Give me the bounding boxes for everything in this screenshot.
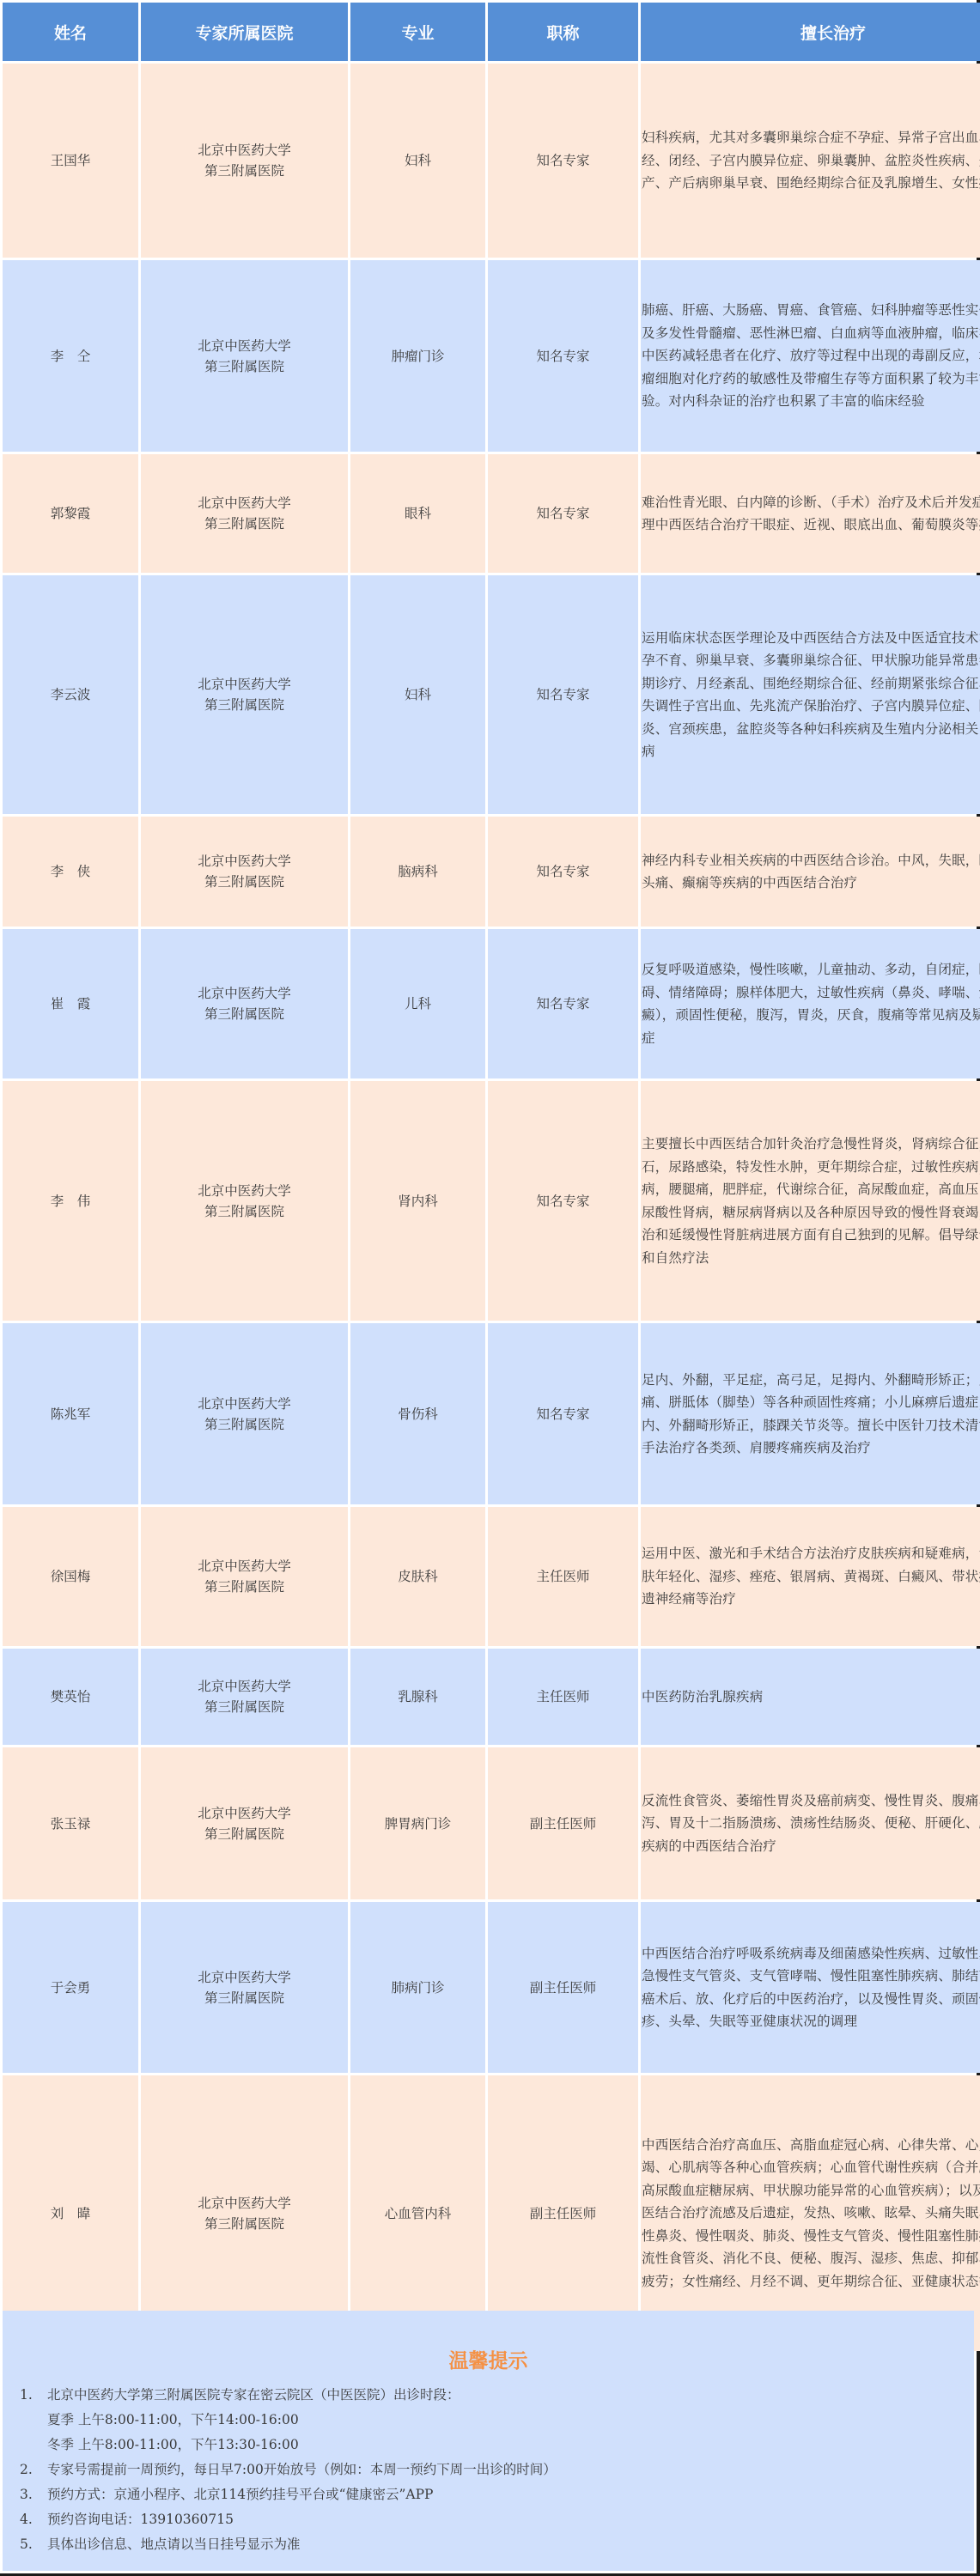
doctor-title: 知名专家 (488, 454, 638, 573)
tip-item: 4.预约咨询电话：13910360715 (18, 2507, 557, 2532)
column-header: 姓名 (3, 3, 138, 61)
hospital-name: 北京中医药大学 第三附属医院 (141, 64, 348, 258)
doctor-title: 知名专家 (488, 817, 638, 927)
hospital-name: 北京中医药大学 第三附属医院 (141, 1507, 348, 1646)
tip-number: 5. (18, 2532, 47, 2557)
table-row: 于会勇北京中医药大学 第三附属医院肺病门诊副主任医师中西医结合治疗呼吸系统病毒及… (3, 1902, 980, 2073)
hospital-name: 北京中医药大学 第三附属医院 (141, 1747, 348, 1899)
hospital-name: 北京中医药大学 第三附属医院 (141, 817, 348, 927)
tip-item: 冬季 上午8:00-11:00，下午13:30-16:00 (18, 2433, 557, 2458)
doctor-title: 知名专家 (488, 575, 638, 814)
department: 乳腺科 (350, 1649, 485, 1745)
table-row: 崔 霞北京中医药大学 第三附属医院儿科知名专家反复呼吸道感染，慢性咳嗽，儿童抽动… (3, 929, 980, 1078)
specialty-text: 肺癌、肝癌、大肠癌、胃癌、食管癌、妇科肿瘤等恶性实体肿瘤及多发性骨髓瘤、恶性淋巴… (641, 260, 980, 452)
specialty-text: 难治性青光眼、白内障的诊断、（手术）治疗及术后并发症的处理中西医结合治疗干眼症、… (641, 454, 980, 573)
department: 肺病门诊 (350, 1902, 485, 2073)
hospital-name: 北京中医药大学 第三附属医院 (141, 1902, 348, 2073)
tip-number: 2. (18, 2458, 47, 2482)
doctor-title: 副主任医师 (488, 1902, 638, 2073)
department: 肾内科 (350, 1081, 485, 1321)
specialty-text: 足内、外翻，平足症，高弓足，足拇内、外翻畸形矫正；足跟痛、胼胝体（脚垫）等各种顽… (641, 1323, 980, 1504)
doctor-name: 张玉禄 (3, 1747, 138, 1899)
doctor-name: 李 伟 (3, 1081, 138, 1321)
doctor-title: 知名专家 (488, 929, 638, 1078)
table-row: 郭黎霞北京中医药大学 第三附属医院眼科知名专家难治性青光眼、白内障的诊断、（手术… (3, 454, 980, 573)
specialty-text: 中西医结合治疗高血压、高脂血症冠心病、心律失常、心力衰竭、心肌病等各种心血管疾病… (641, 2075, 980, 2351)
doctor-name: 李云波 (3, 575, 138, 814)
tip-item: 1.北京中医药大学第三附属医院专家在密云院区（中医医院）出诊时段： (18, 2383, 557, 2408)
hospital-name: 北京中医药大学 第三附属医院 (141, 575, 348, 814)
tip-text: 具体出诊信息、地点请以当日挂号显示为准 (47, 2537, 301, 2552)
specialty-text: 神经内科专业相关疾病的中西医结合诊治。中风，失眠，眩晕，头痛、癫痫等疾病的中西医… (641, 817, 980, 927)
tips-list: 1.北京中医药大学第三附属医院专家在密云院区（中医医院）出诊时段：夏季 上午8:… (18, 2383, 557, 2557)
doctor-name: 徐国梅 (3, 1507, 138, 1646)
table-row: 李 侠北京中医药大学 第三附属医院脑病科知名专家神经内科专业相关疾病的中西医结合… (3, 817, 980, 927)
column-header: 专家所属医院 (141, 3, 348, 61)
tip-text: 专家号需提前一周预约，每日早7:00开始放号（例如：本周一预约下周一出诊的时间） (47, 2462, 557, 2477)
doctor-title: 知名专家 (488, 1081, 638, 1321)
table-row: 刘 暐北京中医药大学 第三附属医院心血管内科副主任医师中西医结合治疗高血压、高脂… (3, 2075, 980, 2351)
tip-text: 北京中医药大学第三附属医院专家在密云院区（中医医院）出诊时段： (47, 2387, 460, 2403)
doctor-name: 于会勇 (3, 1902, 138, 2073)
doctor-name: 李 仝 (3, 260, 138, 452)
doctor-title: 知名专家 (488, 260, 638, 452)
doctor-name: 陈兆军 (3, 1323, 138, 1504)
doctor-name: 郭黎霞 (3, 454, 138, 573)
department: 脾胃病门诊 (350, 1747, 485, 1899)
tip-text: 冬季 上午8:00-11:00，下午13:30-16:00 (47, 2437, 299, 2452)
table-header-row: 姓名专家所属医院专业职称擅长治疗出诊时间出诊地点 (3, 3, 980, 61)
specialty-text: 中西医结合治疗呼吸系统病毒及细菌感染性疾病、过敏性鼻炎、急慢性支气管炎、支气管哮… (641, 1902, 980, 2073)
doctor-name: 李 侠 (3, 817, 138, 927)
hospital-name: 北京中医药大学 第三附属医院 (141, 260, 348, 452)
page: 姓名专家所属医院专业职称擅长治疗出诊时间出诊地点 王国华北京中医药大学 第三附属… (0, 0, 977, 2573)
hospital-name: 北京中医药大学 第三附属医院 (141, 454, 348, 573)
hospital-name: 北京中医药大学 第三附属医院 (141, 929, 348, 1078)
expert-schedule-table: 姓名专家所属医院专业职称擅长治疗出诊时间出诊地点 王国华北京中医药大学 第三附属… (0, 0, 980, 2354)
table-row: 李云波北京中医药大学 第三附属医院妇科知名专家运用临床状态医学理论及中西医结合方… (3, 575, 980, 814)
doctor-title: 知名专家 (488, 1323, 638, 1504)
column-header: 职称 (488, 3, 638, 61)
department: 儿科 (350, 929, 485, 1078)
department: 心血管内科 (350, 2075, 485, 2351)
table-body: 王国华北京中医药大学 第三附属医院妇科知名专家妇科疾病，尤其对多囊卵巢综合症不孕… (3, 64, 980, 2351)
department: 皮肤科 (350, 1507, 485, 1646)
doctor-title: 主任医师 (488, 1507, 638, 1646)
tip-number: 4. (18, 2507, 47, 2532)
tip-number: 3. (18, 2482, 47, 2507)
tip-text: 预约咨询电话：13910360715 (47, 2512, 234, 2527)
hospital-name: 北京中医药大学 第三附属医院 (141, 1081, 348, 1321)
department: 妇科 (350, 575, 485, 814)
department: 骨伤科 (350, 1323, 485, 1504)
doctor-name: 崔 霞 (3, 929, 138, 1078)
hospital-name: 北京中医药大学 第三附属医院 (141, 1323, 348, 1504)
specialty-text: 反流性食管炎、萎缩性胃炎及癌前病变、慢性胃炎、腹痛、腹泻、胃及十二指肠溃疡、溃疡… (641, 1747, 980, 1899)
tip-item: 3.预约方式：京通小程序、北京114预约挂号平台或“健康密云”APP (18, 2482, 557, 2507)
department: 妇科 (350, 64, 485, 258)
doctor-title: 副主任医师 (488, 1747, 638, 1899)
doctor-title: 副主任医师 (488, 2075, 638, 2351)
tips-title: 温馨提示 (3, 2345, 974, 2373)
specialty-text: 反复呼吸道感染，慢性咳嗽，儿童抽动、多动，自闭症，睡眠障碍、情绪障碍；腺样体肥大… (641, 929, 980, 1078)
department: 肿瘤门诊 (350, 260, 485, 452)
doctor-name: 王国华 (3, 64, 138, 258)
tip-text: 预约方式：京通小程序、北京114预约挂号平台或“健康密云”APP (47, 2487, 434, 2502)
tip-text: 夏季 上午8:00-11:00，下午14:00-16:00 (47, 2412, 299, 2427)
doctor-title: 主任医师 (488, 1649, 638, 1745)
table-row: 张玉禄北京中医药大学 第三附属医院脾胃病门诊副主任医师反流性食管炎、萎缩性胃炎及… (3, 1747, 980, 1899)
tip-item: 5.具体出诊信息、地点请以当日挂号显示为准 (18, 2532, 557, 2557)
table-row: 樊英怡北京中医药大学 第三附属医院乳腺科主任医师中医药防治乳腺疾病12月12日 … (3, 1649, 980, 1745)
table-row: 王国华北京中医药大学 第三附属医院妇科知名专家妇科疾病，尤其对多囊卵巢综合症不孕… (3, 64, 980, 258)
specialty-text: 运用中医、激光和手术结合方法治疗皮肤疾病和疑难病，专攻皮肤年轻化、湿疹、痤疮、银… (641, 1507, 980, 1646)
column-header: 专业 (350, 3, 485, 61)
table-row: 徐国梅北京中医药大学 第三附属医院皮肤科主任医师运用中医、激光和手术结合方法治疗… (3, 1507, 980, 1646)
tips-panel: 温馨提示 1.北京中医药大学第三附属医院专家在密云院区（中医医院）出诊时段：夏季… (3, 2311, 974, 2571)
department: 脑病科 (350, 817, 485, 927)
tip-item: 夏季 上午8:00-11:00，下午14:00-16:00 (18, 2408, 557, 2433)
specialty-text: 运用临床状态医学理论及中西医结合方法及中医适宜技术治疗不孕不育、卵巢早衰、多囊卵… (641, 575, 980, 814)
specialty-text: 中医药防治乳腺疾病 (641, 1649, 980, 1745)
doctor-name: 刘 暐 (3, 2075, 138, 2351)
hospital-name: 北京中医药大学 第三附属医院 (141, 1649, 348, 1745)
department: 眼科 (350, 454, 485, 573)
specialty-text: 主要擅长中西医结合加针灸治疗急慢性肾炎，肾病综合征，肾结石，尿路感染，特发性水肿… (641, 1081, 980, 1321)
table-row: 李 仝北京中医药大学 第三附属医院肿瘤门诊知名专家肺癌、肝癌、大肠癌、胃癌、食管… (3, 260, 980, 452)
column-header: 擅长治疗 (641, 3, 980, 61)
tip-number: 1. (18, 2383, 47, 2408)
tip-item: 2.专家号需提前一周预约，每日早7:00开始放号（例如：本周一预约下周一出诊的时… (18, 2458, 557, 2482)
doctor-title: 知名专家 (488, 64, 638, 258)
doctor-name: 樊英怡 (3, 1649, 138, 1745)
table-row: 李 伟北京中医药大学 第三附属医院肾内科知名专家主要擅长中西医结合加针灸治疗急慢… (3, 1081, 980, 1321)
hospital-name: 北京中医药大学 第三附属医院 (141, 2075, 348, 2351)
specialty-text: 妇科疾病，尤其对多囊卵巢综合症不孕症、异常子宫出血、痛经、闭经、子宫内膜异位症、… (641, 64, 980, 258)
table-row: 陈兆军北京中医药大学 第三附属医院骨伤科知名专家足内、外翻，平足症，高弓足，足拇… (3, 1323, 980, 1504)
